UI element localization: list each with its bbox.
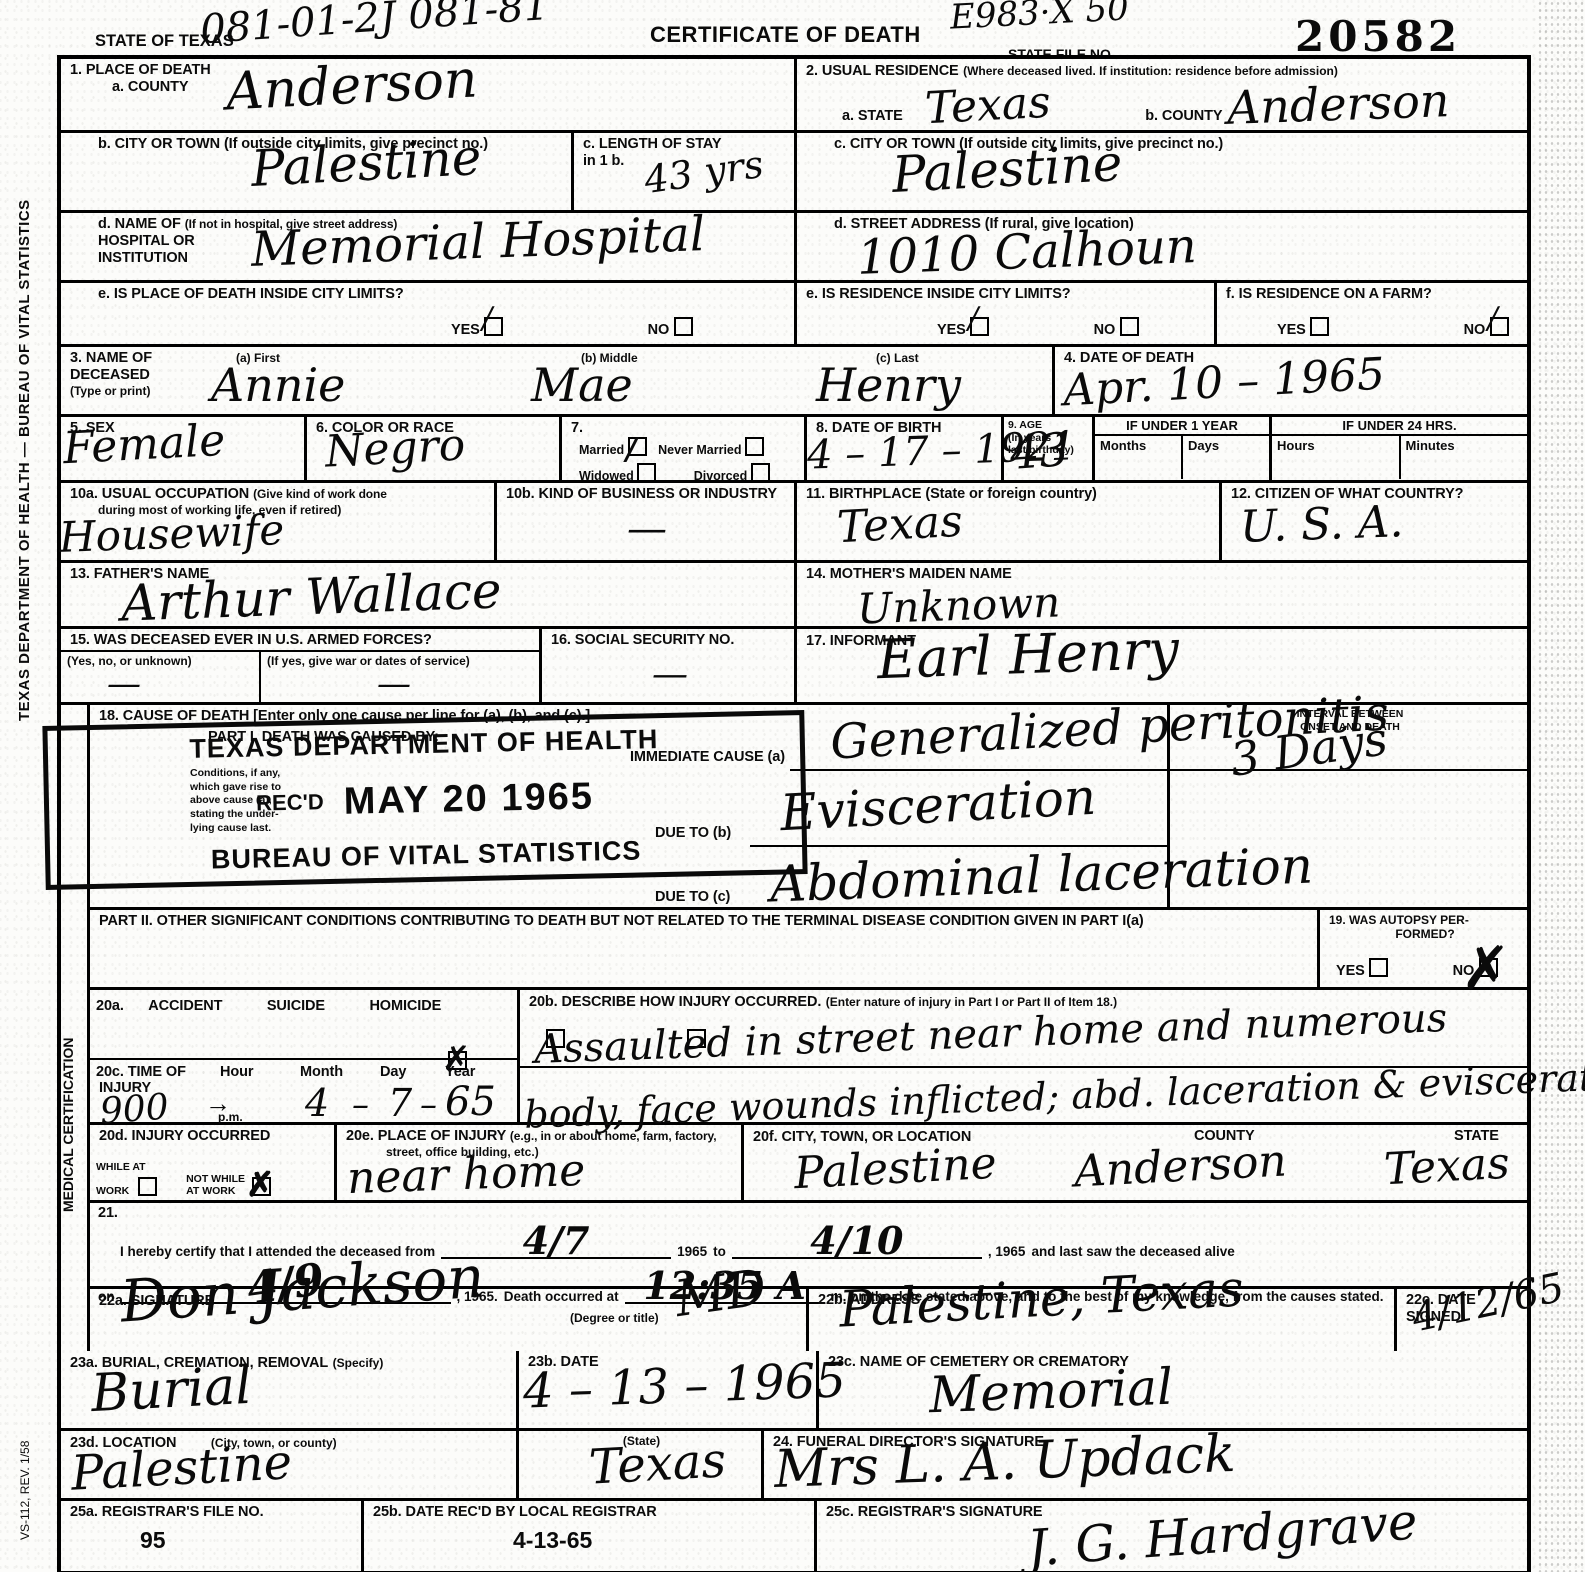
hour-value: 900 xyxy=(99,1092,170,1129)
residence-farm-label: f. IS RESIDENCE ON A FARM? xyxy=(1226,286,1521,303)
not-while-at-work-label: NOT WHILEAT WORK xyxy=(186,1173,245,1197)
armed-forces-cell: 15. WAS DECEASED EVER IN U.S. ARMED FORC… xyxy=(61,629,539,702)
age-value: 43 xyxy=(1009,429,1070,474)
citizen-value: U. S. A. xyxy=(1239,502,1404,547)
birthplace-value: Texas xyxy=(836,502,964,548)
time-of-injury-label-1: 20c. TIME OF xyxy=(96,1064,186,1080)
citizen-cell: 12. CITIZEN OF WHAT COUNTRY? U. S. A. xyxy=(1219,483,1527,560)
describe-injury-cell: 20b. DESCRIBE HOW INJURY OCCURRED. (Ente… xyxy=(520,990,1527,1122)
agency-vertical-label: TEXAS DEPARTMENT OF HEALTH — BUREAU OF V… xyxy=(16,95,33,825)
year-2: , 1965 xyxy=(988,1244,1026,1259)
registrar-file-cell: 25a. REGISTRAR'S FILE NO. 95 xyxy=(61,1501,361,1571)
age-cell: 9. AGE (In years last birthday) 43 xyxy=(1001,417,1092,480)
under-24-hrs-label: IF UNDER 24 HRS. xyxy=(1272,417,1527,436)
date-of-birth-cell: 8. DATE OF BIRTH 4 – 17 – 1921 xyxy=(804,417,1001,480)
x-mark: ✗ xyxy=(246,1165,275,1205)
no-label: NO xyxy=(1464,322,1486,338)
row-limits-farm: e. IS PLACE OF DEATH INSIDE CITY LIMITS?… xyxy=(61,283,1527,347)
death-certificate-scan: TEXAS DEPARTMENT OF HEALTH — BUREAU OF V… xyxy=(0,0,1585,1572)
date-recd-cell: 25b. DATE REC'D BY LOCAL REGISTRAR 4-13-… xyxy=(361,1501,814,1571)
ssn-cell: 16. SOCIAL SECURITY NO. — xyxy=(539,629,794,702)
item-21-label: 21. xyxy=(98,1205,1519,1222)
not-while-at-work-checkbox: ✗ xyxy=(252,1177,271,1196)
burial-type-value: Burial xyxy=(90,1363,253,1418)
stamped-file-number: 20582 xyxy=(1295,12,1461,61)
hour-label: Hour xyxy=(220,1064,253,1081)
county-value: Anderson xyxy=(225,56,479,116)
street-address-value: 1010 Calhoun xyxy=(856,225,1197,280)
yes-label: YES xyxy=(1336,963,1365,979)
residence-state-label: a. STATE xyxy=(842,108,903,124)
part2-cell: PART II. OTHER SIGNIFICANT CONDITIONS CO… xyxy=(90,910,1317,987)
burial-type-cell: 23a. BURIAL, CREMATION, REMOVAL (Specify… xyxy=(61,1351,516,1428)
row-location-director: 23d. LOCATION (City, town, or county) Pa… xyxy=(61,1431,1527,1501)
burial-date-cell: 23b. DATE 4 – 13 – 1965 xyxy=(516,1351,816,1428)
birthplace-cell: 11. BIRTHPLACE (State or foreign country… xyxy=(794,483,1219,560)
autopsy-yes-checkbox xyxy=(1369,958,1388,977)
usual-residence-label: 2. USUAL RESIDENCE xyxy=(806,63,959,79)
armed-forces-sub2-cell: (If yes, give war or dates of service) — xyxy=(261,652,539,703)
row-city-stay: b. CITY OR TOWN (If outside city limits,… xyxy=(61,133,1527,213)
no-label: NO xyxy=(648,322,670,338)
attended-to-field: 4/10 xyxy=(732,1224,982,1259)
mothers-name-cell: 14. MOTHER'S MAIDEN NAME Unknown xyxy=(794,563,1527,626)
residence-farm-cell: f. IS RESIDENCE ON A FARM? YES NO / xyxy=(1214,283,1527,344)
residence-limits-label: e. IS RESIDENCE INSIDE CITY LIMITS? xyxy=(806,286,1208,303)
stamp-line1: TEXAS DEPARTMENT OF HEALTH xyxy=(64,721,784,767)
stamp-line3: BUREAU OF VITAL STATISTICS xyxy=(66,832,786,878)
fathers-name-cell: 13. FATHER'S NAME Arthur Wallace xyxy=(61,563,794,626)
time-of-injury-cell: 20c. TIME OF INJURY Hour Month Day Year … xyxy=(90,1060,517,1135)
due-to-c-label: DUE TO (c) xyxy=(655,889,730,906)
cemetery-cell: 23c. NAME OF CEMETERY OR CREMATORY Memor… xyxy=(816,1351,1527,1428)
mothers-name-value: Unknown xyxy=(856,583,1060,628)
while-at-work-checkbox xyxy=(138,1177,157,1196)
yes-label: YES xyxy=(1277,322,1306,338)
divorced-label: Divorced xyxy=(694,469,748,483)
describe-injury-label-2: (Enter nature of injury in Part I or Par… xyxy=(826,995,1117,1009)
burial-date-value: 4 – 13 – 1965 xyxy=(522,1359,846,1413)
month-value: 4 xyxy=(305,1086,329,1120)
under-1-year-label: IF UNDER 1 YEAR xyxy=(1095,417,1269,436)
row-injury-place: 20d. INJURY OCCURRED WHILE ATWORK NOT WH… xyxy=(90,1125,1527,1203)
occupation-value: Housewife xyxy=(58,511,284,557)
last-name-value: Henry xyxy=(816,365,961,406)
business-cell: 10b. KIND OF BUSINESS OR INDUSTRY — xyxy=(494,483,794,560)
farm-yes-checkbox xyxy=(1310,317,1329,336)
describe-injury-label: 20b. DESCRIBE HOW INJURY OCCURRED. xyxy=(529,994,821,1010)
year-value: 65 xyxy=(445,1084,496,1120)
death-city-value: Palestine xyxy=(250,135,482,192)
row-place-residence: 1. PLACE OF DEATH a. COUNTY Anderson 2. … xyxy=(61,59,1527,133)
marital-status-cell: 7. Married / Never Married Widowed Divor… xyxy=(559,417,804,480)
death-city-limits-cell: e. IS PLACE OF DEATH INSIDE CITY LIMITS?… xyxy=(61,283,794,344)
yes-label: YES xyxy=(451,322,480,338)
stamp-date: MAY 20 1965 xyxy=(343,775,594,823)
row-occupation: 10a. USUAL OCCUPATION (Give kind of work… xyxy=(61,483,1527,563)
death-city-cell: b. CITY OR TOWN (If outside city limits,… xyxy=(61,133,571,210)
certify-text-2: and last saw the deceased alive xyxy=(1031,1244,1234,1259)
to-text: to xyxy=(713,1244,726,1259)
injury-occurred-cell: 20d. INJURY OCCURRED WHILE ATWORK NOT WH… xyxy=(90,1125,334,1200)
armed-forces-value-2: — xyxy=(377,669,411,700)
form-code-vertical-label: VS-112, REV. 1/58 xyxy=(18,1415,32,1565)
month-label: Month xyxy=(300,1064,343,1081)
place-of-death-cell: 1. PLACE OF DEATH a. COUNTY Anderson xyxy=(61,59,794,130)
injury-state-value: Texas xyxy=(1383,1144,1511,1190)
business-label: 10b. KIND OF BUSINESS OR INDUSTRY xyxy=(506,486,788,503)
suicide-label: SUICIDE xyxy=(267,998,325,1014)
injury-county-value: Anderson xyxy=(1073,1141,1288,1192)
widowed-checkbox xyxy=(637,463,656,482)
registrar-file-value: 95 xyxy=(140,1527,355,1554)
death-city-limits-label: e. IS PLACE OF DEATH INSIDE CITY LIMITS? xyxy=(98,286,788,303)
degree-value: MD xyxy=(672,1265,769,1322)
burial-state-value: Texas xyxy=(588,1439,727,1489)
row-registrar: 25a. REGISTRAR'S FILE NO. 95 25b. DATE R… xyxy=(61,1501,1527,1571)
divorced-checkbox xyxy=(751,463,770,482)
sex-value: Female xyxy=(62,421,226,469)
year-1: 1965 xyxy=(677,1244,707,1259)
residence-county-label: b. COUNTY xyxy=(1145,108,1222,124)
received-stamp: TEXAS DEPARTMENT OF HEALTH REC'D MAY 20 … xyxy=(42,710,807,890)
hospital-cell: d. NAME OF (If not in hospital, give str… xyxy=(61,213,794,280)
autopsy-no-checkbox: ✗ xyxy=(1479,958,1498,977)
row-parents: 13. FATHER'S NAME Arthur Wallace 14. MOT… xyxy=(61,563,1527,629)
autopsy-cell: 19. WAS AUTOPSY PER- FORMED? YES NO ✗ xyxy=(1317,910,1527,987)
burial-location-cell: 23d. LOCATION (City, town, or county) Pa… xyxy=(61,1431,516,1498)
residence-limits-cell: e. IS RESIDENCE INSIDE CITY LIMITS? YES … xyxy=(794,283,1214,344)
residence-county-value: Anderson xyxy=(1226,80,1450,129)
farm-no-checkbox: / xyxy=(1490,317,1509,336)
residence-limits-no-checkbox xyxy=(1120,317,1139,336)
burial-state-cell: (State) Texas xyxy=(516,1431,761,1498)
armed-forces-value-1: — xyxy=(107,669,141,700)
physician-address-cell: 22b. ADDRESS Palestine, Texas xyxy=(806,1289,1394,1351)
sep-1: – xyxy=(352,1090,369,1121)
ssn-value: — xyxy=(652,659,688,691)
row-demographics: 5. SEX Female 6. COLOR OR RACE Negro 7. … xyxy=(61,417,1527,483)
occupation-cell: 10a. USUAL OCCUPATION (Give kind of work… xyxy=(61,483,494,560)
row-name-dod: 3. NAME OF DECEASED (Type or print) (a) … xyxy=(61,347,1527,417)
never-married-label: Never Married xyxy=(658,443,741,457)
degree-label: (Degree or title) xyxy=(570,1311,659,1325)
married-checkbox: / xyxy=(628,437,647,456)
middle-name-value: Mae xyxy=(531,365,633,406)
first-name-value: Annie xyxy=(211,365,345,406)
never-married-checkbox xyxy=(745,437,764,456)
days-label: Days xyxy=(1181,436,1269,479)
part2-label: PART II. OTHER SIGNIFICANT CONDITIONS CO… xyxy=(99,913,1311,930)
armed-forces-label: 15. WAS DECEASED EVER IN U.S. ARMED FORC… xyxy=(61,629,539,650)
registrar-signature-cell: 25c. REGISTRAR'S SIGNATURE J. G. Hardgra… xyxy=(814,1501,1527,1571)
residence-city-cell: c. CITY OR TOWN (If outside city limits,… xyxy=(794,133,1527,210)
injury-location-cell: 20f. CITY, TOWN, OR LOCATION COUNTY STAT… xyxy=(741,1125,1527,1200)
if-under-1-year-cell: IF UNDER 1 YEAR Months Days xyxy=(1092,417,1269,480)
row-burial: 23a. BURIAL, CREMATION, REMOVAL (Specify… xyxy=(61,1351,1527,1431)
married-label: Married xyxy=(579,443,624,457)
handwritten-codes: 081-01-2J 081-81 xyxy=(199,0,550,48)
physician-signature-cell: 22a. SIGNATURE Don Jackson (Degree or ti… xyxy=(90,1289,806,1351)
pm-label: p.m. xyxy=(218,1110,243,1124)
injury-occurred-label: 20d. INJURY OCCURRED xyxy=(99,1128,328,1145)
injury-left-column: 20a. ACCIDENT SUICIDE HOMICIDE ✗ 20c. TI… xyxy=(90,990,520,1122)
length-of-stay-cell: c. LENGTH OF STAY in 1 b. 43 yrs xyxy=(571,133,794,210)
residence-limits-yes-checkbox: / xyxy=(970,317,989,336)
race-value: Negro xyxy=(324,425,466,472)
day-value: 7 xyxy=(388,1086,412,1120)
stamp-recd: REC'D xyxy=(256,789,324,816)
row-injury-type: 20a. ACCIDENT SUICIDE HOMICIDE ✗ 20c. TI… xyxy=(90,990,1527,1125)
injury-description-line1: Assaulted in street near home and numero… xyxy=(534,1000,1448,1068)
registrar-file-label: 25a. REGISTRAR'S FILE NO. xyxy=(70,1504,355,1521)
occupation-label: 10a. USUAL OCCUPATION (Give kind of work… xyxy=(70,486,488,503)
months-label: Months xyxy=(1095,436,1181,479)
informant-value: Earl Henry xyxy=(876,626,1180,685)
accident-label: ACCIDENT xyxy=(148,998,222,1014)
check-mark: / xyxy=(968,301,978,336)
burial-label-2: (Specify) xyxy=(333,1356,384,1370)
no-label: NO xyxy=(1094,322,1116,338)
day-label: Day xyxy=(380,1064,406,1081)
yes-label: YES xyxy=(937,322,966,338)
usual-residence-paren: (Where deceased lived. If institution: r… xyxy=(963,64,1338,78)
residence-state-value: Texas xyxy=(924,83,1052,129)
due-to-b-value: Evisceration xyxy=(779,775,1097,836)
funeral-director-cell: 24. FUNERAL DIRECTOR'S SIGNATURE Mrs L. … xyxy=(761,1431,1527,1498)
date-of-death-cell: 4. DATE OF DEATH Apr. 10 – 1965 xyxy=(1052,347,1527,414)
scan-edge-noise xyxy=(1537,0,1585,1572)
check-mark: / xyxy=(482,301,492,336)
hours-label: Hours xyxy=(1272,436,1399,479)
funeral-director-value: Mrs L. A. Updack xyxy=(773,1431,1236,1494)
injury-description-line2: body, face wounds inflicted; abd. lacera… xyxy=(524,1058,1585,1132)
death-limits-no-checkbox xyxy=(674,317,693,336)
place-of-injury-value: near home xyxy=(346,1151,585,1199)
date-recd-label: 25b. DATE REC'D BY LOCAL REGISTRAR xyxy=(373,1504,808,1521)
row-signature: 22a. SIGNATURE Don Jackson (Degree or ti… xyxy=(90,1289,1527,1351)
race-cell: 6. COLOR OR RACE Negro xyxy=(304,417,559,480)
armed-forces-sub1-label: (Yes, no, or unknown) xyxy=(67,654,253,668)
homicide-label: HOMICIDE xyxy=(369,998,441,1014)
date-recd-value: 4-13-65 xyxy=(513,1527,808,1554)
certificate-title: CERTIFICATE OF DEATH xyxy=(650,22,921,48)
date-signed-cell: 22c. DATE SIGNED 4/12/65 xyxy=(1394,1289,1527,1351)
ssn-label: 16. SOCIAL SECURITY NO. xyxy=(551,632,788,649)
burial-city-value: Palestine xyxy=(70,1441,293,1496)
informant-cell: 17. INFORMANT Earl Henry xyxy=(794,629,1527,702)
armed-forces-sub1-cell: (Yes, no, or unknown) — xyxy=(61,652,261,703)
cemetery-value: Memorial xyxy=(928,1365,1173,1418)
name-of-deceased-cell: 3. NAME OF DECEASED (Type or print) (a) … xyxy=(61,347,1052,414)
hospital-value: Memorial Hospital xyxy=(250,213,705,272)
residence-city-value: Palestine xyxy=(891,141,1123,198)
death-limits-yes-checkbox: / xyxy=(484,317,503,336)
row-hospital-street: d. NAME OF (If not in hospital, give str… xyxy=(61,213,1527,283)
check-mark: / xyxy=(626,421,637,478)
20a-label: 20a. xyxy=(96,998,124,1014)
minutes-label: Minutes xyxy=(1399,436,1528,479)
mothers-name-label: 14. MOTHER'S MAIDEN NAME xyxy=(806,566,1521,583)
fathers-name-value: Arthur Wallace xyxy=(120,568,502,626)
injury-city-value: Palestine xyxy=(793,1144,997,1194)
sex-cell: 5. SEX Female xyxy=(61,417,304,480)
marital-number-label: 7. xyxy=(571,420,798,437)
usual-residence-cell: 2. USUAL RESIDENCE (Where deceased lived… xyxy=(794,59,1527,130)
business-value: — xyxy=(627,511,667,547)
check-mark: / xyxy=(1488,301,1498,336)
accident-suicide-homicide-cell: 20a. ACCIDENT SUICIDE HOMICIDE ✗ xyxy=(90,990,517,1060)
sep-2: – xyxy=(420,1090,437,1121)
date-of-death-value: Apr. 10 – 1965 xyxy=(1062,355,1386,411)
if-under-24-hrs-cell: IF UNDER 24 HRS. Hours Minutes xyxy=(1269,417,1527,480)
handwritten-file-code: E983·X 50 xyxy=(949,0,1129,33)
street-address-cell: d. STREET ADDRESS (If rural, give locati… xyxy=(794,213,1527,280)
autopsy-label-1: 19. WAS AUTOPSY PER- xyxy=(1329,913,1521,927)
row-part2-autopsy: PART II. OTHER SIGNIFICANT CONDITIONS CO… xyxy=(90,910,1527,990)
